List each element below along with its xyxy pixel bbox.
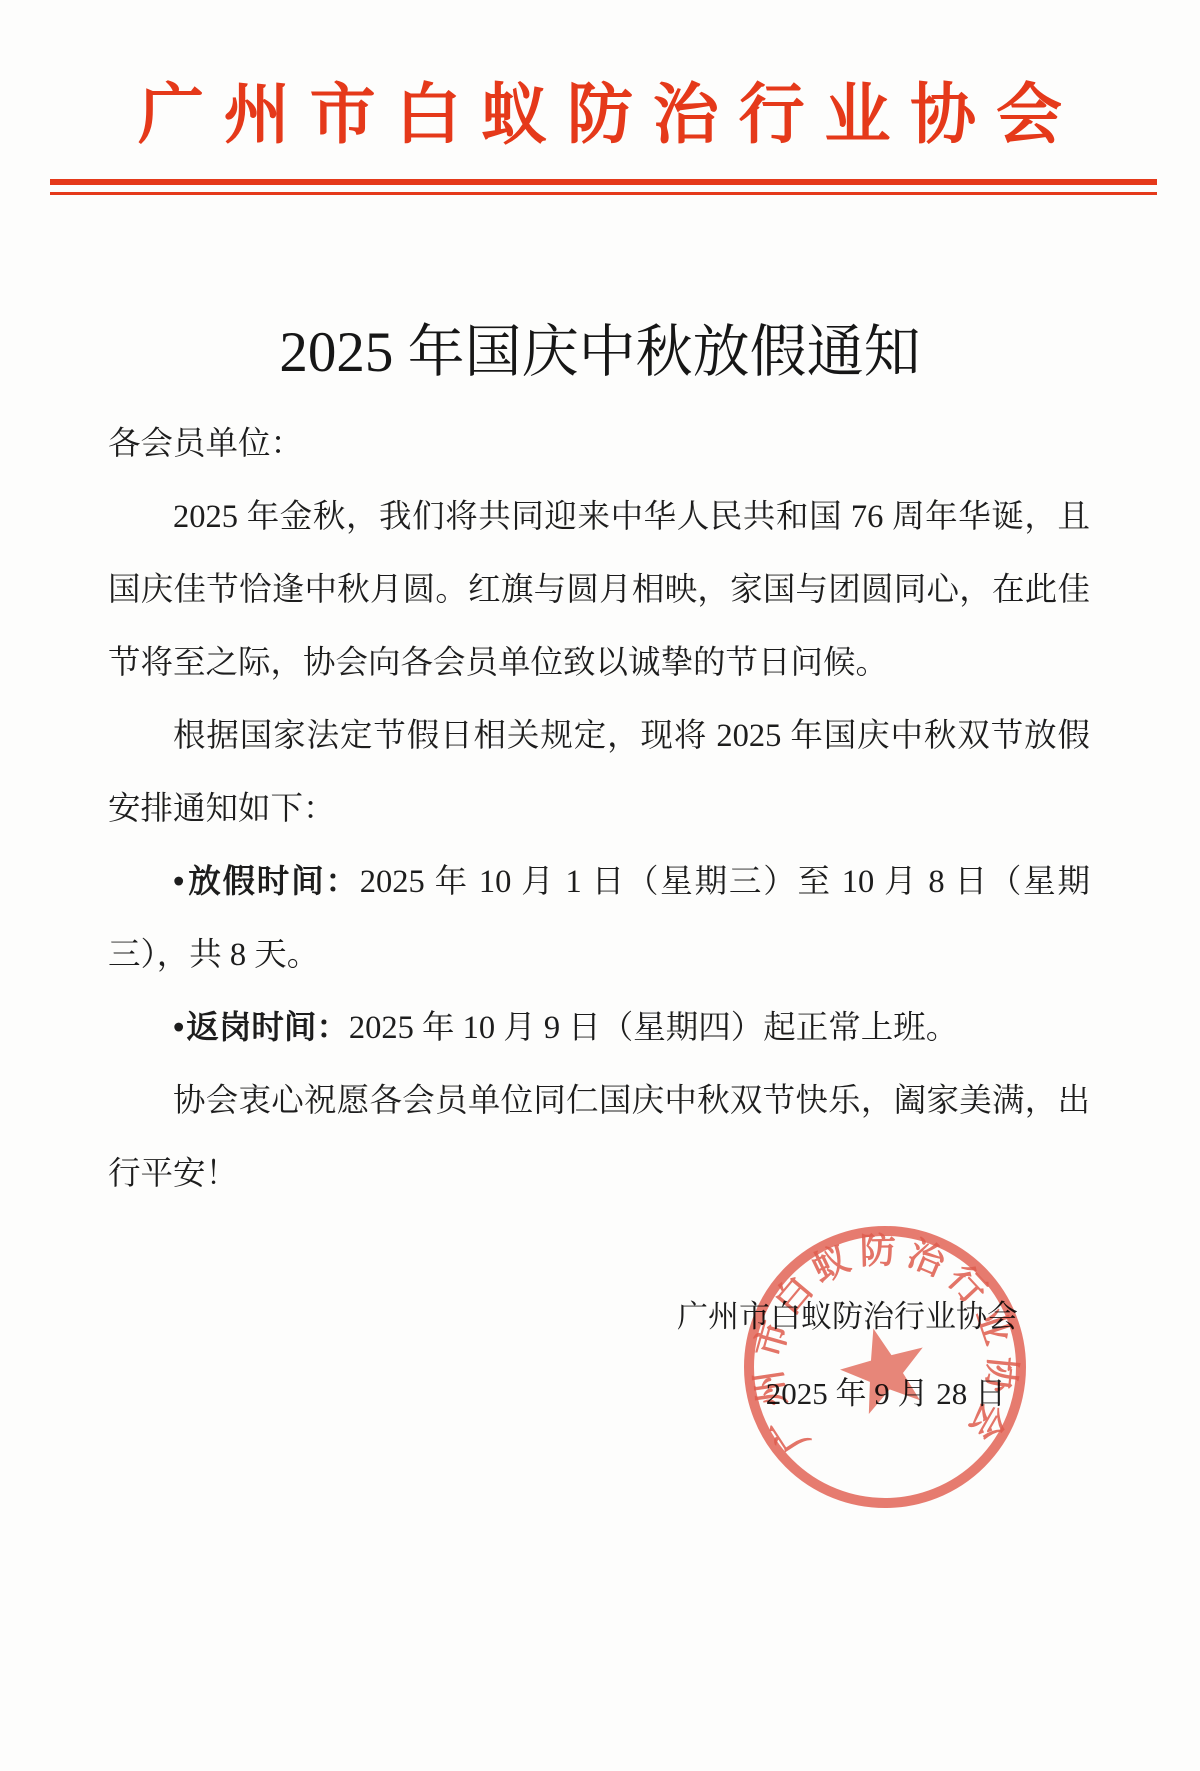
return-time-label: 返岗时间： bbox=[186, 1010, 349, 1046]
letterhead-rule-thin bbox=[50, 192, 1157, 195]
body-paragraph-2: 根据国家法定节假日相关规定，现将 2025 年国庆中秋双节放假安排通知如下： bbox=[108, 700, 1090, 846]
holiday-time-label: 放假时间： bbox=[186, 864, 359, 900]
official-seal: 广州市白蚁防治行业协会 bbox=[740, 1222, 1030, 1512]
bullet-icon: • bbox=[173, 864, 186, 900]
document-body: 各会员单位： 2025 年金秋，我们将共同迎来中华人民共和国 76 周年华诞，且… bbox=[108, 408, 1090, 1211]
seal-star-icon bbox=[832, 1317, 936, 1418]
holiday-time-item: •放假时间：2025 年 10 月 1 日（星期三）至 10 月 8 日（星期三… bbox=[108, 846, 1090, 992]
notice-document-page: 广州市白蚁防治行业协会 2025 年国庆中秋放假通知 各会员单位： 2025 年… bbox=[0, 0, 1200, 1771]
bullet-icon: • bbox=[173, 1010, 186, 1046]
return-time-item: •返岗时间：2025 年 10 月 9 日（星期四）起正常上班。 bbox=[108, 992, 1090, 1065]
letterhead-org-name: 广州市白蚁防治行业协会 bbox=[0, 80, 1200, 153]
return-time-text: 2025 年 10 月 9 日（星期四）起正常上班。 bbox=[349, 1010, 958, 1046]
body-paragraph-1: 2025 年金秋，我们将共同迎来中华人民共和国 76 周年华诞，且国庆佳节恰逢中… bbox=[108, 481, 1090, 700]
letterhead-rule-thick bbox=[50, 179, 1157, 185]
salutation: 各会员单位： bbox=[108, 408, 1090, 481]
document-title: 2025 年国庆中秋放假通知 bbox=[0, 322, 1200, 385]
body-paragraph-5: 协会衷心祝愿各会员单位同仁国庆中秋双节快乐，阖家美满，出行平安！ bbox=[108, 1065, 1090, 1211]
